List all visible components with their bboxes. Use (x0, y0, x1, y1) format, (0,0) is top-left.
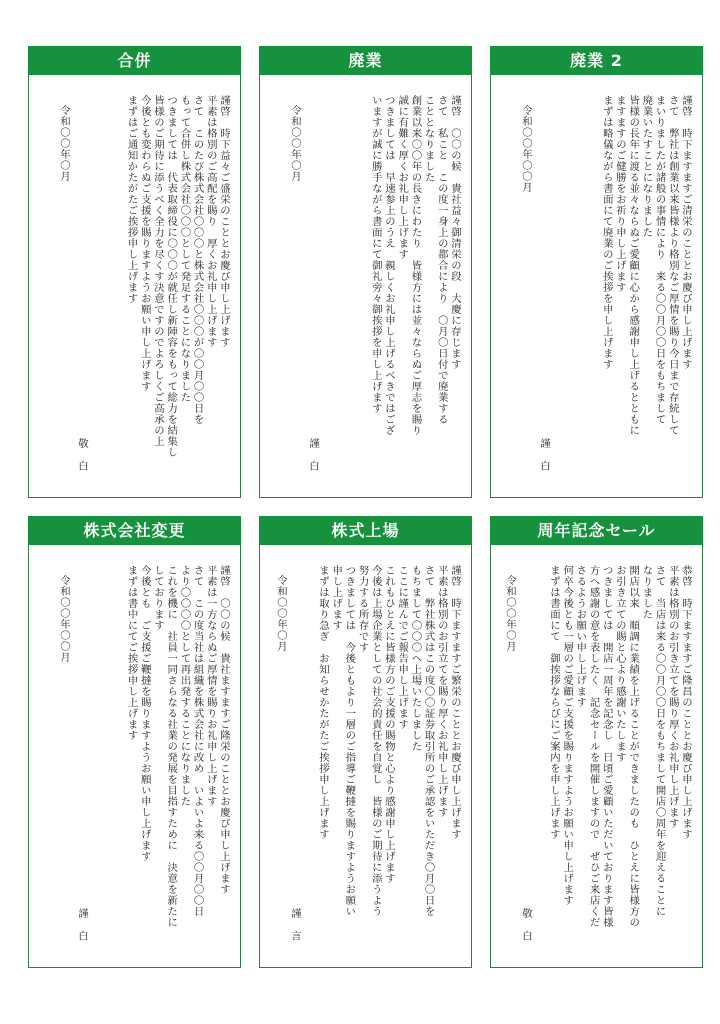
letter-closing: 謹白 (537, 438, 552, 483)
card-body: 謹啓 〇〇の候 貴社ますますご隆栄のこととお慶び申し上げます 平素は一方ならぬご… (29, 547, 240, 967)
letter-line: ますますのご健勝をお祈り申し上げます (613, 95, 626, 425)
letter-line: より〇〇〇〇として再出発することになりました (177, 565, 190, 895)
letter-line: さて 私こと この度一身上の都合により 〇月〇日付で廃業する (435, 95, 448, 425)
letter-line: 廃業いたすことになりました (639, 95, 652, 425)
card-title: 株式会社変更 (28, 516, 241, 545)
letter-line: 平素は一方ならぬご厚情を賜りお礼申し上げます (204, 565, 217, 895)
letter-line: 皆様の長年に渡る並々ならぬご愛顧に心から感謝申し上げるとともに (626, 95, 639, 425)
letter-line: 今後とも ご支援ご鞭撻を賜りますようお願い申し上げます (138, 565, 151, 895)
letter-closing: 謹白 (75, 908, 90, 953)
card-body: 謹啓 時下ますますご清栄のこととお慶び申し上げます さて 弊社は創業以来皆様より… (491, 77, 702, 497)
letter-line: まずは書面にて 御挨拶ならびにご案内を申し上げます (547, 565, 560, 895)
template-card-incorporation: 株式会社変更 謹啓 〇〇の候 貴社ますますご隆栄のこととお慶び申し上げます 平素… (28, 516, 241, 968)
letter-line: お引き立ての賜と心より感謝いたします (613, 565, 626, 895)
letter-line: 今後は上場企業としての社会的責任を自覚し 皆様のご期待に添うよう (369, 565, 382, 895)
card-title: 廃業 (259, 46, 472, 75)
card-body: 謹啓 時下益々ご盛栄のこととお慶び申し上げます 平素は格別のご高配を賜り 厚くお… (29, 77, 240, 497)
letter-line: 謹啓 時下益々ご盛栄のこととお慶び申し上げます (217, 95, 230, 425)
letter-line: さて このたび株式会社〇〇〇と株式会社〇〇〇が〇〇月〇〇日を (190, 95, 203, 425)
letter-closing: 謹白 (306, 438, 321, 483)
letter-line: 恭啓 時下ますますご隆昌のこととお慶び申し上げます (679, 565, 692, 895)
letter-line: 平素は格別のお引立てを賜り厚くお礼申し上げます (435, 565, 448, 895)
letter-line: つきましては 開店一周年を記念し 日頃ご愛顧いただいております皆様 (600, 565, 613, 895)
letter-line: いますが誠に勝手ながら書面にて御礼旁々御挨拶を申し上げます (369, 95, 382, 425)
card-title: 株式上場 (259, 516, 472, 545)
letter-line: 誠に有難く厚くお礼申し上げます (395, 95, 408, 425)
letter-closing: 謹言 (288, 908, 303, 953)
letter-line: さるようお願い申し上げます (573, 565, 586, 895)
letter-date: 令和〇〇年〇月 (57, 105, 72, 182)
letter-line: ここに謹んでご報告申し上げます (395, 565, 408, 895)
letter-line: まずはご通知かたがたご挨拶申し上げます (124, 95, 137, 425)
letter-line: 謹啓 〇〇の候 貴社益々御清栄の段 大慶に存じます (448, 95, 461, 425)
letter-line: さて 弊社は創業以来皆様より格別なご厚情を賜り今日まで存続して (666, 95, 679, 425)
letter-date: 令和〇〇年〇〇月 (519, 105, 534, 193)
letter-line: 謹啓 〇〇の候 貴社ますますご隆栄のこととお慶び申し上げます (217, 565, 230, 895)
letter-date: 令和〇〇年〇〇月 (57, 575, 72, 663)
letter-line: さて 当店は来る〇〇月〇〇日をもちまして開店〇周年を迎えることに (652, 565, 665, 895)
letter-date: 令和〇〇年〇月 (288, 105, 303, 182)
letter-line: 申し上げます (329, 565, 342, 895)
letter-line: 平素は格別のお引き立てを賜り厚くお礼申し上げます (666, 565, 679, 895)
letter-text: 謹啓 時下ますますご繁栄のこととお慶び申し上げます 平素は格別のお引立てを賜り厚… (316, 565, 461, 895)
card-title: 合併 (28, 46, 241, 75)
letter-line: 謹啓 時下ますますご繁栄のこととお慶び申し上げます (448, 565, 461, 895)
letter-line: 開店以来 順調に業績を上げることができましたのも ひとえに皆様方の (626, 565, 639, 895)
letter-text: 謹啓 〇〇の候 貴社益々御清栄の段 大慶に存じます さて 私こと この度一身上の… (369, 95, 461, 425)
card-title: 廃業 2 (490, 46, 703, 75)
template-card-stock-listing: 株式上場 謹啓 時下ますますご繁栄のこととお慶び申し上げます 平素は格別のお引立… (259, 516, 472, 968)
template-card-anniversary-sale: 周年記念セール 恭啓 時下ますますご隆昌のこととお慶び申し上げます 平素は格別の… (490, 516, 703, 968)
letter-line: まずは取り急ぎ お知らせかたがたご挨拶申し上げます (316, 565, 329, 895)
template-card-closure-2: 廃業 2 謹啓 時下ますますご清栄のこととお慶び申し上げます さて 弊社は創業以… (490, 46, 703, 498)
letter-line: 皆様のご期待に添うべく全力を尽くす決意ですのでよろしくご高承の上 (151, 95, 164, 425)
letter-text: 謹啓 〇〇の候 貴社ますますご隆栄のこととお慶び申し上げます 平素は一方ならぬご… (124, 565, 230, 895)
letter-closing: 敬白 (519, 908, 534, 953)
card-title: 周年記念セール (490, 516, 703, 545)
card-body: 恭啓 時下ますますご隆昌のこととお慶び申し上げます 平素は格別のお引き立てを賜り… (491, 547, 702, 967)
letter-text: 謹啓 時下益々ご盛栄のこととお慶び申し上げます 平素は格別のご高配を賜り 厚くお… (124, 95, 230, 425)
card-body: 謹啓 時下ますますご繁栄のこととお慶び申し上げます 平素は格別のお引立てを賜り厚… (260, 547, 471, 967)
letter-line: しております (151, 565, 164, 895)
card-body: 謹啓 〇〇の候 貴社益々御清栄の段 大慶に存じます さて 私こと この度一身上の… (260, 77, 471, 497)
letter-text: 謹啓 時下ますますご清栄のこととお慶び申し上げます さて 弊社は創業以来皆様より… (600, 95, 692, 425)
letter-line: つきましては 早速参上のうえ 親しくお礼申し上げるべきではござ (382, 95, 395, 425)
letter-line: つきましては 代表取締役に〇〇〇が就任し新陣容をもって総力を結集し (164, 95, 177, 425)
letter-closing: 敬白 (75, 438, 90, 483)
letter-line: こととなりました (421, 95, 434, 425)
letter-line: 何卒今後とも一層のご愛顧ご支援を賜りますようお願い申し上げます (560, 565, 573, 895)
letter-line: さて この度当社は組織を株式会社に改め いよいよ来る〇〇月〇〇日 (190, 565, 203, 895)
letter-line: まずは略儀ながら書面にて廃業のご挨拶を申し上げます (600, 95, 613, 425)
letter-line: 方へ感謝の意を表したく 記念セールを開催しますので ぜひご来店くだ (586, 565, 599, 895)
template-card-merger: 合併 謹啓 時下益々ご盛栄のこととお慶び申し上げます 平素は格別のご高配を賜り … (28, 46, 241, 498)
letter-line: 平素は格別のご高配を賜り 厚くお礼申し上げます (204, 95, 217, 425)
letter-line: つきましては 今後ともより一層のご指導ご鞭撻を賜りますようお願い (342, 565, 355, 895)
letter-line: これもひとえに皆様方のご支援の賜物と心より感謝申し上げます (382, 565, 395, 895)
letter-line: もちまして〇〇〇へ上場いたしました (408, 565, 421, 895)
template-card-closure: 廃業 謹啓 〇〇の候 貴社益々御清栄の段 大慶に存じます さて 私こと この度一… (259, 46, 472, 498)
letter-line: 努力する所存です (355, 565, 368, 895)
letter-line: まずは書中にてご挨拶申し上げます (124, 565, 137, 895)
letter-line: もって合併し株式会社〇〇〇として発足することになりました (177, 95, 190, 425)
letter-text: 恭啓 時下ますますご隆昌のこととお慶び申し上げます 平素は格別のお引き立てを賜り… (547, 565, 692, 895)
letter-line: なりました (639, 565, 652, 895)
letter-date: 令和〇〇年〇月 (503, 575, 518, 652)
letter-line: 謹啓 時下ますますご清栄のこととお慶び申し上げます (679, 95, 692, 425)
letter-line: 創業以来〇〇年の長きにわたり 皆様方には並々ならぬご厚志を賜り (408, 95, 421, 425)
letter-line: まいりましたが諸般の事情により 来る〇〇月〇〇日をもちまして (652, 95, 665, 425)
letter-line: さて 弊社株式はこの度〇〇証券取引所のご承認をいただき〇月〇日を (421, 565, 434, 895)
letter-date: 令和〇〇年〇月 (274, 575, 289, 652)
letter-line: 今後とも変わらぬご支援を賜りますようお願い申し上げます (138, 95, 151, 425)
letter-line: これを機に 社員一同さらなる社業の発展を目指すために 決意を新たに (164, 565, 177, 895)
